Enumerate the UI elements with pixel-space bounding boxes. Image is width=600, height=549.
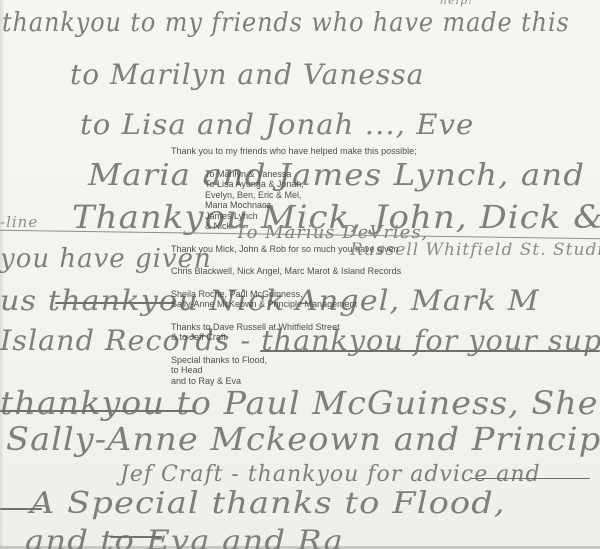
handwriting-line: A Special thanks to Flood, (30, 486, 506, 521)
handwriting-line: to Lisa and Jonah ..., Eve (80, 108, 474, 141)
strikethrough (110, 536, 162, 538)
handwriting-line: to Marilyn and Vanessa (70, 58, 424, 91)
printed-credits: Thank you to my friends who have helped … (171, 146, 417, 386)
credits-friend: To Marilyn & Vanessa (171, 169, 417, 180)
credits-management: Sally-Anne McKeown & Principle Managemen… (171, 299, 417, 310)
handwriting-line: Jef Craft - thankyou for advice and (120, 462, 541, 487)
handwriting-line: Sally-Anne Mckeown and Principle (6, 420, 600, 458)
strikethrough (470, 478, 590, 479)
handwriting-line: thankyou to Paul McGuiness, She (0, 384, 598, 422)
credits-studio: Thanks to Dave Russell at Whitfield Stre… (171, 322, 417, 333)
credits-label: Chris Blackwell, Nick Angel, Marc Marot … (171, 266, 417, 277)
page-edge (0, 0, 4, 549)
credits-intro: Thank you to my friends who have helped … (171, 146, 417, 157)
credits-friend: To Lisa Ayunga & Jonah, (171, 179, 417, 190)
credits-studio: & to Jeff Craft (171, 332, 417, 343)
strikethrough (55, 302, 175, 304)
credits-friend: & Nick (171, 221, 417, 232)
handwriting-note: help! (440, 0, 474, 7)
credits-management: Sheila Roche, Paul McGuinness, (171, 289, 417, 300)
credits-special: to Head (171, 365, 417, 376)
credits-special: and to Ray & Eva (171, 376, 417, 387)
credits-friend: Maria Mochnacz (171, 200, 417, 211)
handwriting-line: thankyou to my friends who have made thi… (2, 8, 570, 38)
strikethrough (0, 508, 42, 510)
handwriting-margin-note: -line (0, 213, 38, 231)
credits-special: Special thanks to Flood, (171, 355, 417, 366)
credits-band: Thank you Mick, John & Rob for so much y… (171, 244, 417, 255)
credits-friend: Evelyn, Ben, Eric & Mel, (171, 190, 417, 201)
handwriting-line: and to Eva and Ra (25, 524, 344, 549)
credits-friend: James Lynch (171, 211, 417, 222)
strikethrough (0, 410, 195, 412)
